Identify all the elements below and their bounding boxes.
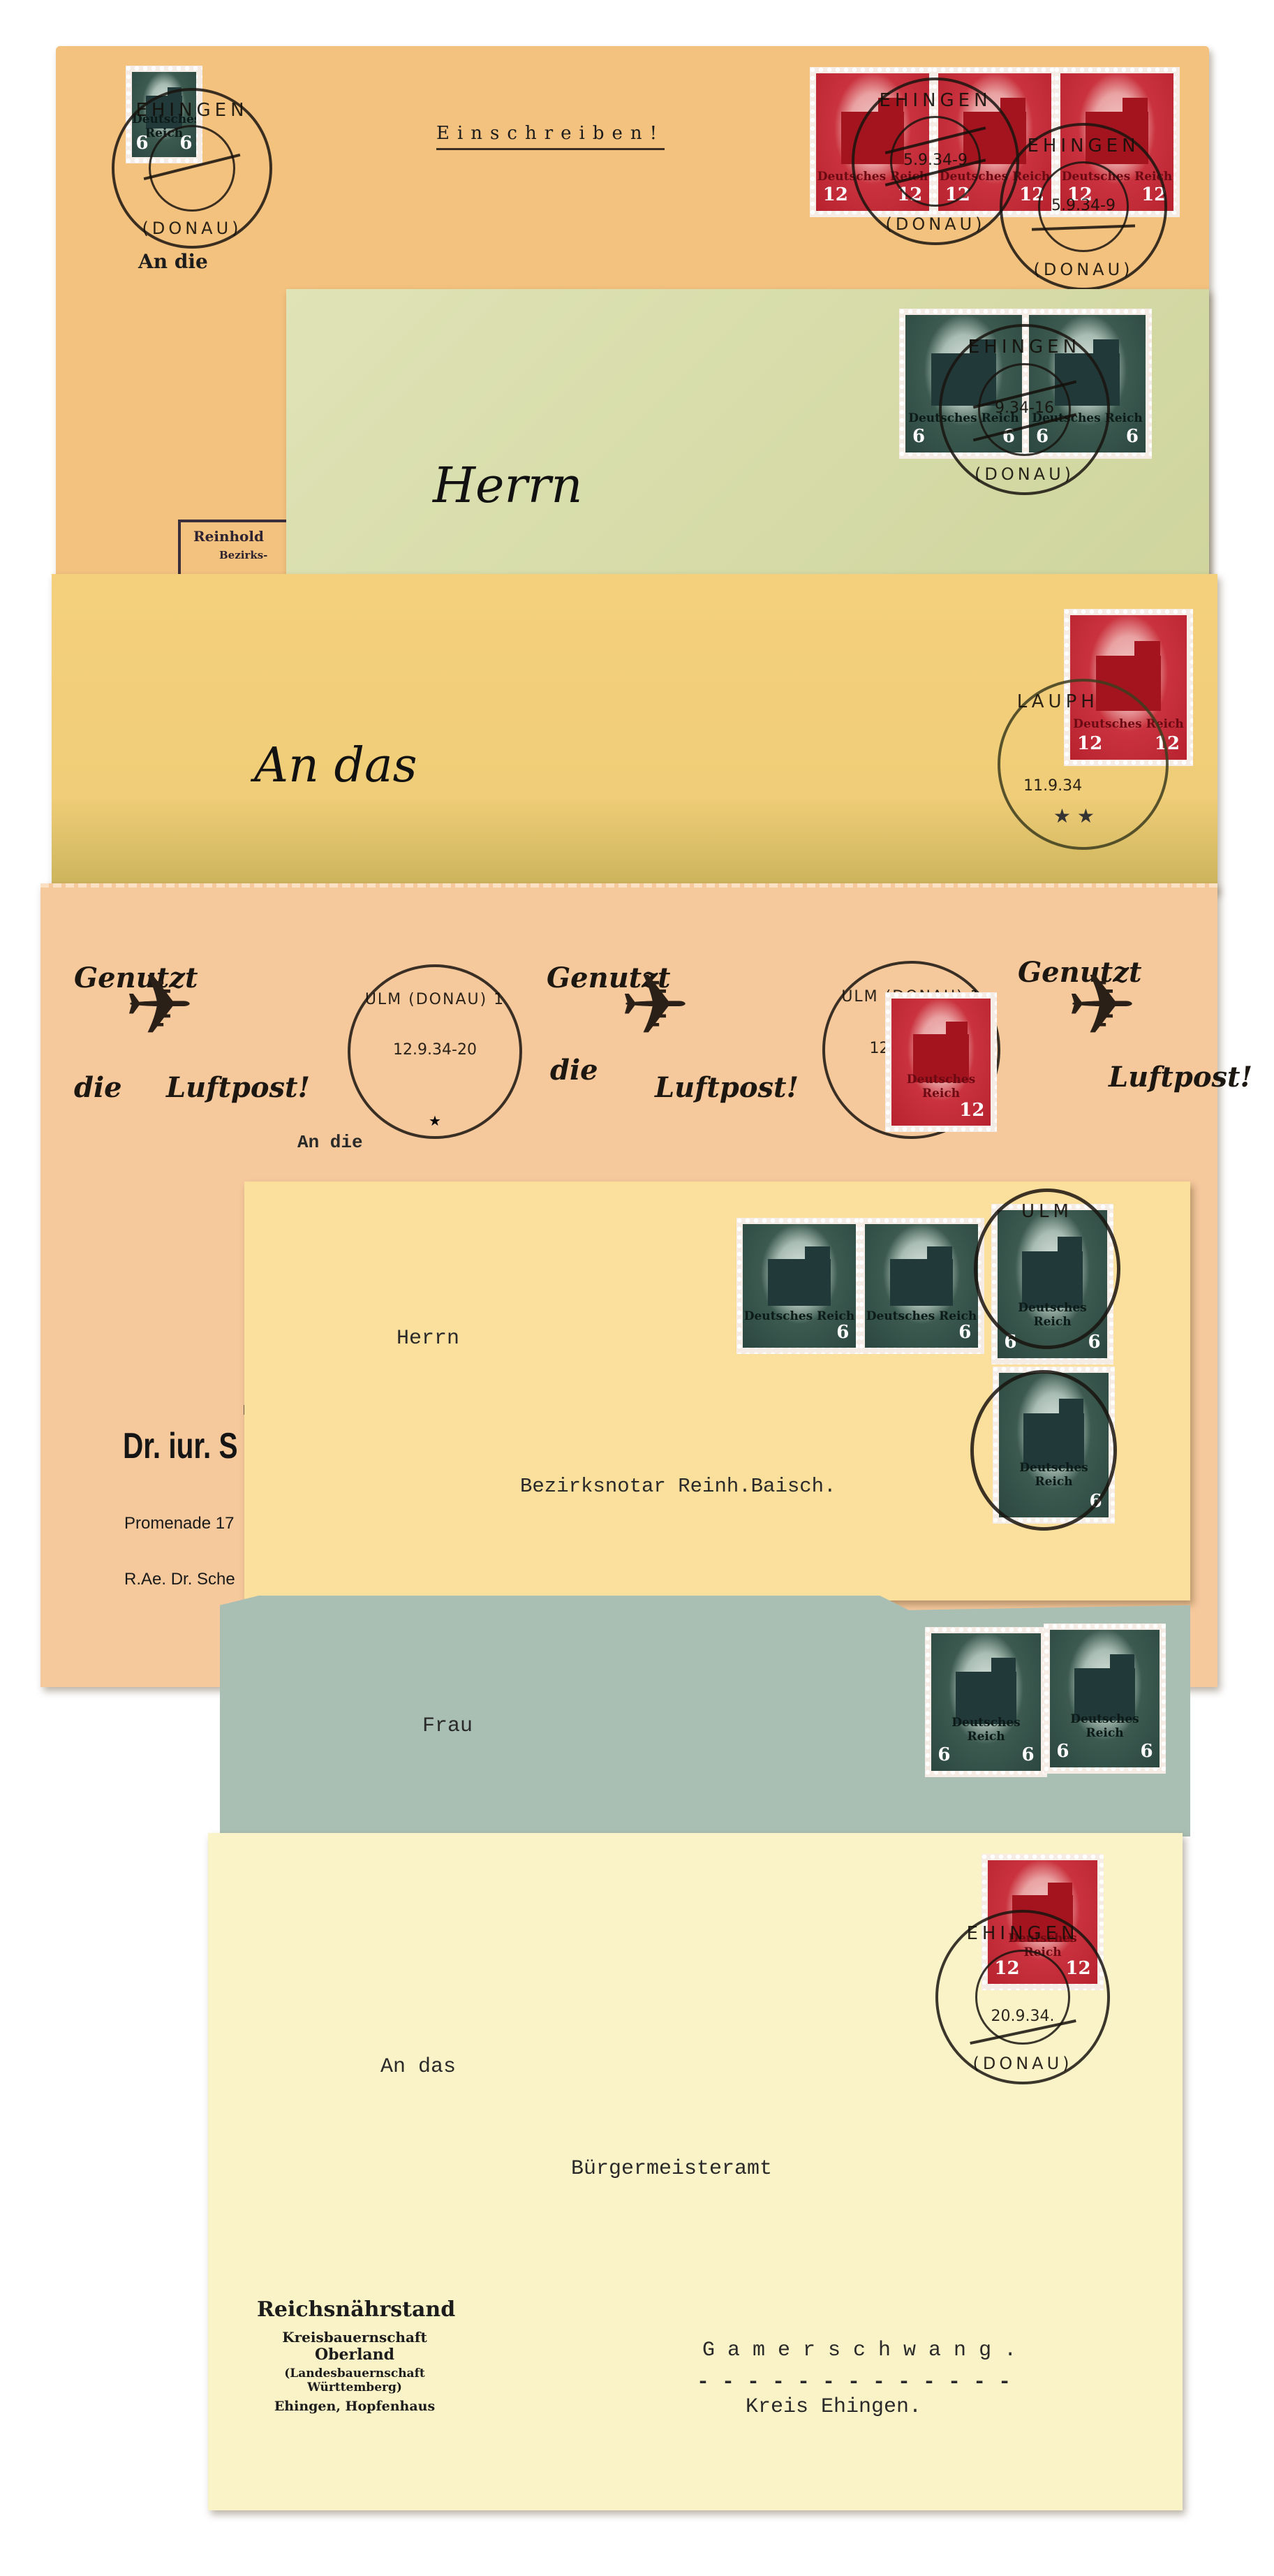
- recipient-district: Kreis Ehingen.: [746, 2395, 921, 2419]
- salutation-frau: Frau: [422, 1714, 473, 1738]
- sender-line4: Württemberg): [257, 2380, 452, 2394]
- postmark-ulm: [970, 1370, 1117, 1531]
- stamp-6pf-green: Deutsches Reich6: [736, 1218, 862, 1354]
- sender-line2: Oberland: [257, 2346, 452, 2364]
- salutation-herrn: Herrn: [397, 1327, 459, 1350]
- sender-line3: (Landesbauernschaft: [257, 2367, 452, 2380]
- stamp-6pf-green: Deutsches Reich66: [925, 1627, 1047, 1777]
- handwritten-an-das: An das: [254, 738, 417, 793]
- airplane-icon: ✈: [1067, 964, 1137, 1048]
- slogan-die: die: [74, 1073, 122, 1103]
- postmark-ulm: ULM: [974, 1188, 1120, 1349]
- greeting-an-die: An die: [297, 1132, 363, 1153]
- sender-rubber-stamp: Reinhold Bezirks-: [178, 520, 292, 580]
- postmark-ehingen: EHINGEN 20.9.34. (DONAU): [935, 1910, 1110, 2084]
- envelope-buergermeisteramt: Deutsches Reich1212 EHINGEN 20.9.34. (DO…: [208, 1833, 1183, 2510]
- town-underline: - - - - - - - - - - - - -: [697, 2371, 1011, 2394]
- einschreiben-label: Einschreiben!: [436, 123, 665, 150]
- postmark-ehingen: EHINGEN 5.9.34-9 (DONAU): [852, 78, 1019, 245]
- sender-block: Reichsnährstand Kreisbauernschaft Oberla…: [257, 2297, 452, 2414]
- envelope-an-das-handwritten: An das Deutsches Reich 1212 LAUPH 11.9.3…: [52, 574, 1217, 892]
- stamp-12pf-red: Deutsches Reich 12: [885, 992, 997, 1132]
- sender-line5: Ehingen, Hopfenhaus: [257, 2399, 452, 2414]
- salutation-an-das: An das: [380, 2055, 456, 2079]
- sender-line1: Kreisbauernschaft: [257, 2329, 452, 2346]
- sender-footer: R.Ae. Dr. Sche: [124, 1570, 235, 1589]
- sender-address: Promenade 17: [124, 1514, 234, 1533]
- slogan-die: die: [550, 1055, 598, 1086]
- stamp-6pf-green: Deutsches Reich66: [1044, 1624, 1166, 1774]
- sender-org: Reichsnährstand: [257, 2297, 452, 2322]
- recipient-name: Bezirksnotar Reinh.Baisch.: [520, 1475, 836, 1498]
- postmark-ulm: ULM (DONAU) 1 12.9.34-20 ★: [348, 964, 522, 1139]
- slogan-luftpost: Luftpost!: [655, 1073, 799, 1103]
- airplane-icon: ✈: [124, 964, 195, 1048]
- recipient-town: G a m e r s c h w a n g .: [702, 2339, 1016, 2362]
- slogan-luftpost: Luftpost!: [166, 1073, 310, 1103]
- slogan-luftpost: Luftpost!: [1109, 1062, 1252, 1093]
- envelope-herrn-handwritten: Deutsches Reich 66 Deutsches Reich 66 EH…: [286, 289, 1209, 575]
- postmark-ehingen: EHINGEN (DONAU): [112, 88, 272, 249]
- handwritten-herrn: Herrn: [433, 457, 582, 514]
- postmark-ehingen: EHINGEN 9.34-16 (DONAU): [939, 324, 1110, 495]
- envelope-bezirksnotar: Herrn Bezirksnotar Reinh.Baisch. Deutsch…: [244, 1182, 1190, 1600]
- postmark-ehingen: EHINGEN 5.9.34-9 (DONAU): [1000, 123, 1167, 290]
- airplane-icon: ✈: [620, 964, 690, 1048]
- sender-name: Dr. iur. S: [123, 1425, 238, 1467]
- greeting-an-die: An die: [138, 250, 208, 273]
- envelope-frau: Frau Deutsches Reich66 Deutsches Reich66: [220, 1596, 1190, 1837]
- recipient-buergermeisteramt: Bürgermeisteramt: [571, 2157, 772, 2181]
- postmark-laupheim: LAUPH 11.9.34 ★ ★: [998, 679, 1169, 850]
- stamp-6pf-green: Deutsches Reich6: [859, 1218, 984, 1354]
